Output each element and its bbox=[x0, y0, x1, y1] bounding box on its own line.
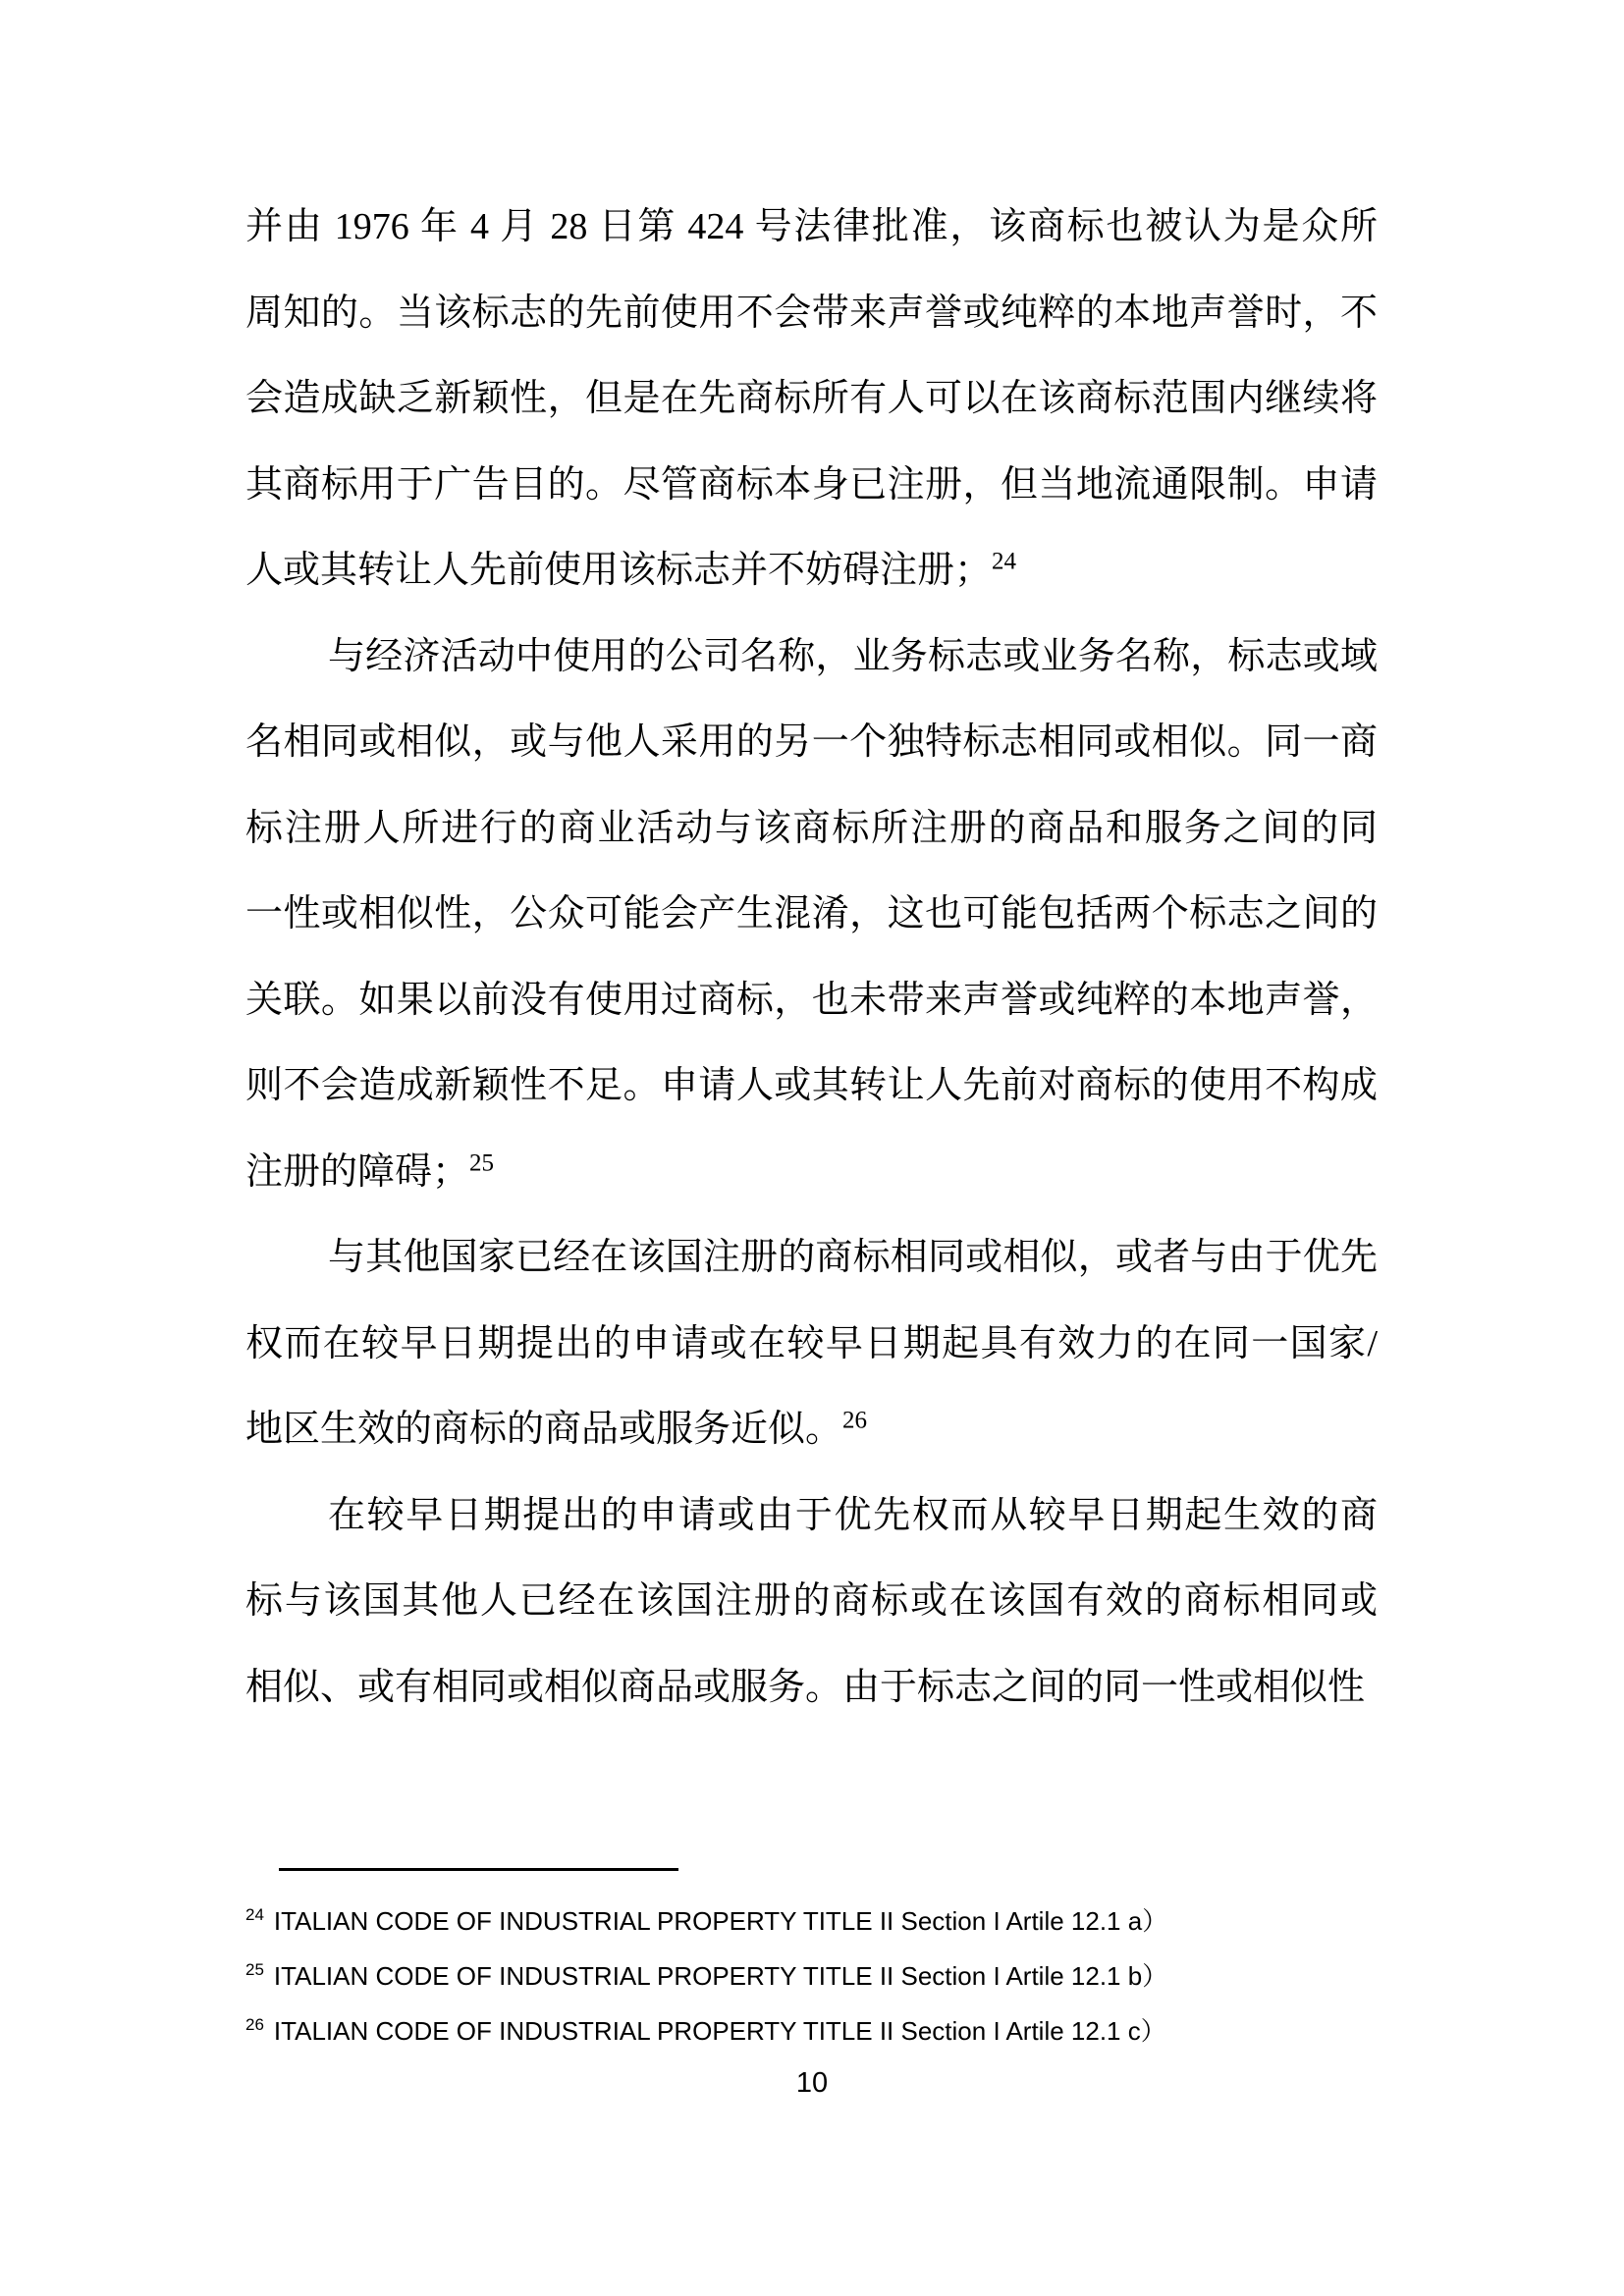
footnote-separator bbox=[279, 1868, 678, 1871]
body-line: 地区生效的商标的商品或服务近似。26 bbox=[245, 1387, 1378, 1473]
footnote-text: ITALIAN CODE OF INDUSTRIAL PROPERTY TITL… bbox=[274, 1961, 1167, 1991]
footnote-ref: 25 bbox=[469, 1149, 494, 1176]
body-line-text: 与经济活动中使用的公司名称，业务标志或业务名称，标志或域 bbox=[328, 636, 1378, 677]
body-line: 人或其转让人先前使用该标志并不妨碍注册；24 bbox=[245, 528, 1378, 614]
footnote-item: 25ITALIAN CODE OF INDUSTRIAL PROPERTY TI… bbox=[245, 1949, 1424, 2003]
footnote-marker: 25 bbox=[245, 1960, 264, 1979]
body-line: 相似、或有相同或相似商品或服务。由于标志之间的同一性或相似性 bbox=[245, 1645, 1378, 1732]
footnote-item: 26ITALIAN CODE OF INDUSTRIAL PROPERTY TI… bbox=[245, 2003, 1424, 2058]
document-body: 并由 1976 年 4 月 28 日第 424 号法律批准，该商标也被认为是众所… bbox=[245, 185, 1378, 1731]
body-line: 一性或相似性，公众可能会产生混淆，这也可能包括两个标志之间的 bbox=[245, 872, 1378, 958]
body-line-text: 并由 1976 年 4 月 28 日第 424 号法律批准，该商标也被认为是众所 bbox=[245, 206, 1378, 247]
body-line: 与其他国家已经在该国注册的商标相同或相似，或者与由于优先 bbox=[245, 1215, 1378, 1302]
body-line-text: 会造成缺乏新颖性，但是在先商标所有人可以在该商标范围内继续将 bbox=[245, 378, 1378, 419]
body-line: 在较早日期提出的申请或由于优先权而从较早日期起生效的商 bbox=[245, 1473, 1378, 1560]
body-line: 并由 1976 年 4 月 28 日第 424 号法律批准，该商标也被认为是众所 bbox=[245, 185, 1378, 271]
body-line: 标与该国其他人已经在该国注册的商标或在该国有效的商标相同或 bbox=[245, 1559, 1378, 1645]
body-line: 则不会造成新颖性不足。申请人或其转让人先前对商标的使用不构成 bbox=[245, 1043, 1378, 1130]
page-number: 10 bbox=[0, 2065, 1624, 2101]
body-line-text: 相似、或有相同或相似商品或服务。由于标志之间的同一性或相似性 bbox=[245, 1667, 1365, 1708]
body-line: 权而在较早日期提出的申请或在较早日期起具有效力的在同一国家/ bbox=[245, 1302, 1378, 1388]
body-line: 名相同或相似，或与他人采用的另一个独特标志相同或相似。同一商 bbox=[245, 700, 1378, 786]
body-line-text: 权而在较早日期提出的申请或在较早日期起具有效力的在同一国家/ bbox=[245, 1323, 1378, 1364]
body-line-text: 一性或相似性，公众可能会产生混淆，这也可能包括两个标志之间的 bbox=[245, 893, 1378, 934]
body-line-text: 则不会造成新颖性不足。申请人或其转让人先前对商标的使用不构成 bbox=[245, 1065, 1378, 1106]
body-line-text: 在较早日期提出的申请或由于优先权而从较早日期起生效的商 bbox=[328, 1495, 1378, 1536]
footnote-ref: 26 bbox=[842, 1407, 867, 1433]
body-line-text: 地区生效的商标的商品或服务近似。 bbox=[245, 1409, 842, 1450]
body-line: 注册的障碍；25 bbox=[245, 1130, 1378, 1216]
document-page: 并由 1976 年 4 月 28 日第 424 号法律批准，该商标也被认为是众所… bbox=[0, 0, 1624, 2296]
body-line-text: 名相同或相似，或与他人采用的另一个独特标志相同或相似。同一商 bbox=[245, 721, 1378, 763]
footnote-marker: 24 bbox=[245, 1905, 264, 1924]
body-line-text: 标与该国其他人已经在该国注册的商标或在该国有效的商标相同或 bbox=[245, 1580, 1378, 1622]
footnote-text: ITALIAN CODE OF INDUSTRIAL PROPERTY TITL… bbox=[274, 1906, 1167, 1936]
footnote-text: ITALIAN CODE OF INDUSTRIAL PROPERTY TITL… bbox=[274, 2016, 1166, 2046]
body-line-text: 周知的。当该标志的先前使用不会带来声誉或纯粹的本地声誉时，不 bbox=[245, 293, 1378, 334]
body-line: 会造成缺乏新颖性，但是在先商标所有人可以在该商标范围内继续将 bbox=[245, 356, 1378, 443]
body-line: 其商标用于广告目的。尽管商标本身已注册，但当地流通限制。申请 bbox=[245, 443, 1378, 529]
body-line: 关联。如果以前没有使用过商标，也未带来声誉或纯粹的本地声誉， bbox=[245, 958, 1378, 1044]
body-line-text: 其商标用于广告目的。尽管商标本身已注册，但当地流通限制。申请 bbox=[245, 464, 1378, 506]
body-line-text: 人或其转让人先前使用该标志并不妨碍注册； bbox=[245, 550, 992, 591]
body-line: 周知的。当该标志的先前使用不会带来声誉或纯粹的本地声誉时，不 bbox=[245, 271, 1378, 357]
footnote-item: 24ITALIAN CODE OF INDUSTRIAL PROPERTY TI… bbox=[245, 1894, 1424, 1949]
body-line: 与经济活动中使用的公司名称，业务标志或业务名称，标志或域 bbox=[245, 614, 1378, 701]
body-line-text: 标注册人所进行的商业活动与该商标所注册的商品和服务之间的同 bbox=[245, 808, 1378, 849]
footnotes: 24ITALIAN CODE OF INDUSTRIAL PROPERTY TI… bbox=[245, 1894, 1424, 2058]
body-line-text: 关联。如果以前没有使用过商标，也未带来声誉或纯粹的本地声誉， bbox=[245, 980, 1378, 1021]
footnote-ref: 24 bbox=[992, 548, 1016, 574]
body-line-text: 注册的障碍； bbox=[245, 1151, 469, 1193]
body-line-text: 与其他国家已经在该国注册的商标相同或相似，或者与由于优先 bbox=[328, 1237, 1378, 1278]
body-line: 标注册人所进行的商业活动与该商标所注册的商品和服务之间的同 bbox=[245, 786, 1378, 873]
footnote-marker: 26 bbox=[245, 2015, 264, 2034]
